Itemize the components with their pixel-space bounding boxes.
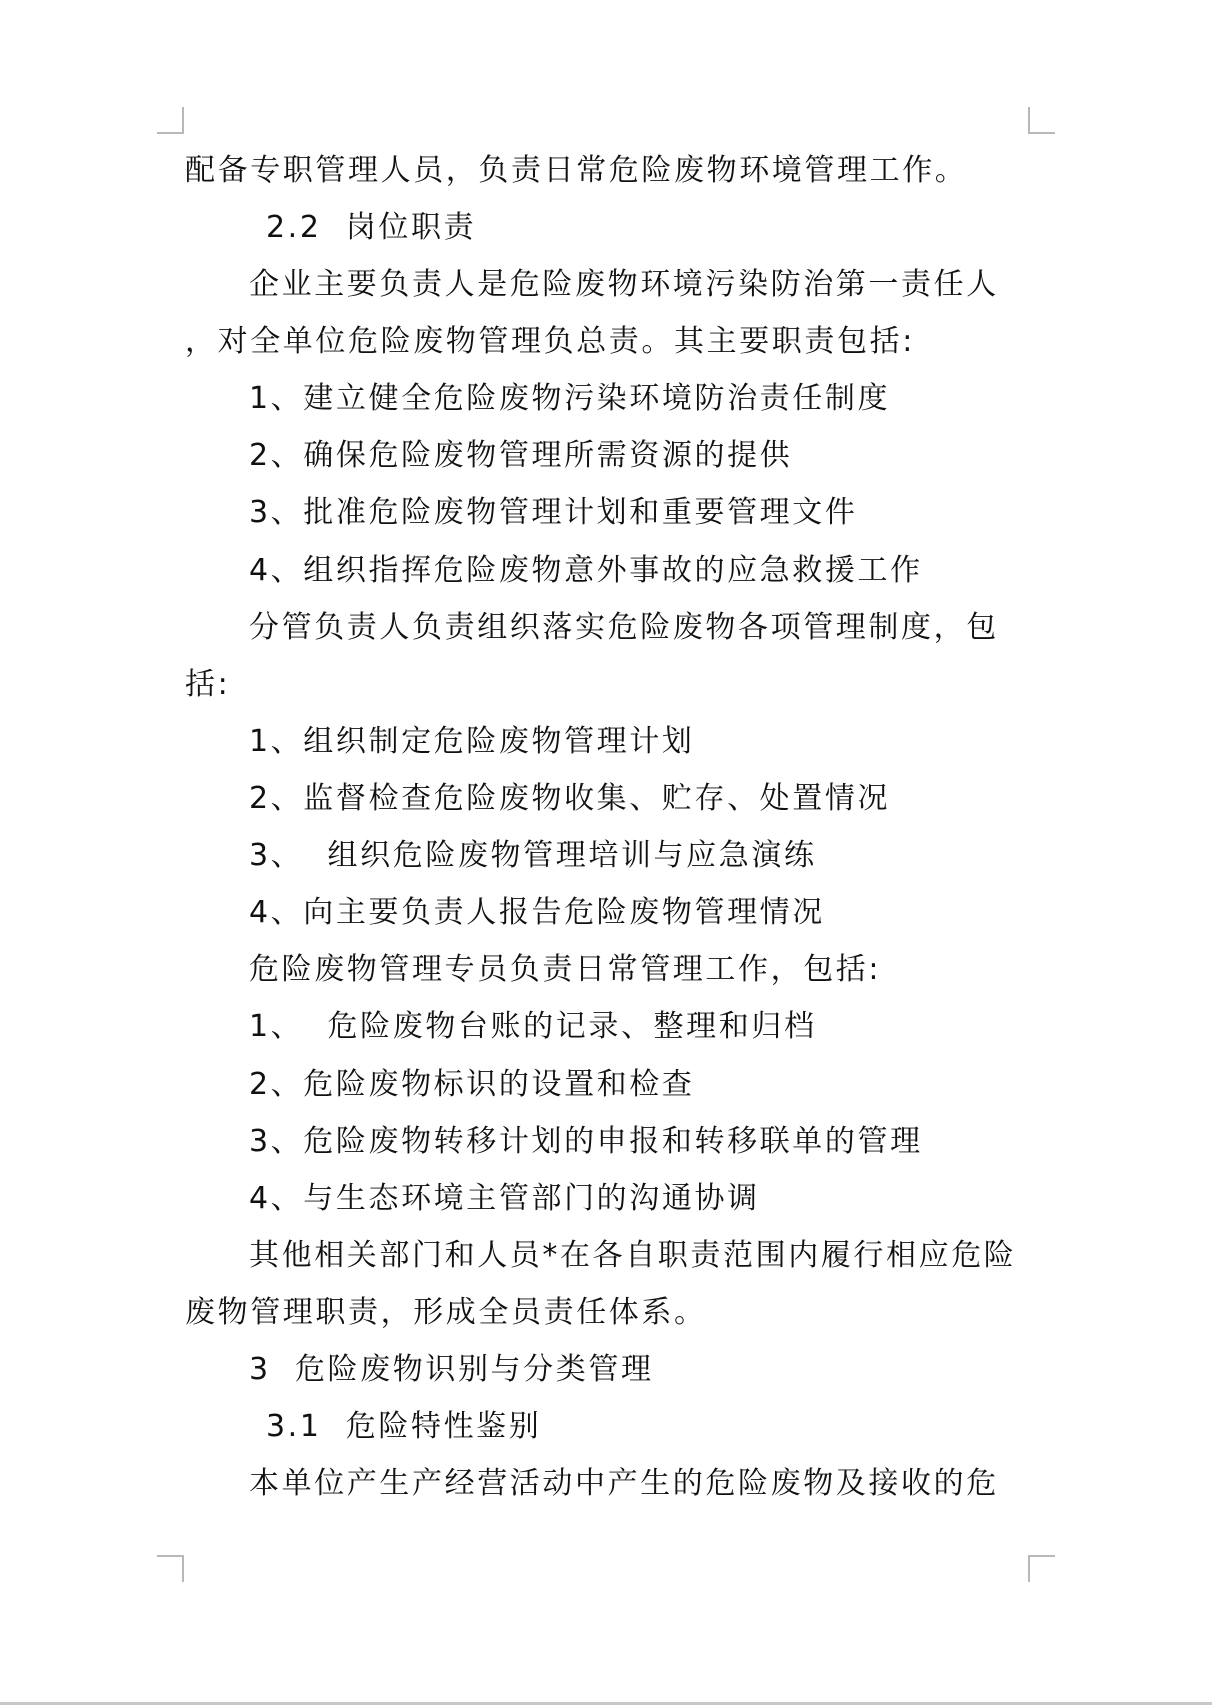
paragraph-line: 本单位产生产经营活动中产生的危险废物及接收的危 (249, 1455, 999, 1512)
margin-corner-top-right (1028, 107, 1055, 134)
list-item: 3、危险废物转移计划的申报和转移联单的管理 (249, 1113, 923, 1170)
paragraph-line: 其他相关部门和人员*在各自职责范围内履行相应危险 (249, 1227, 1016, 1284)
section-heading: 3 危险废物识别与分类管理 (249, 1341, 654, 1398)
subsection-heading: 3.1 危险特性鉴别 (266, 1398, 541, 1455)
text-line: 废物管理职责，形成全员责任体系。 (185, 1284, 707, 1341)
margin-corner-bottom-right (1028, 1555, 1055, 1582)
text-line: 括: (185, 656, 230, 713)
list-item: 2、确保危险废物管理所需资源的提供 (249, 427, 792, 484)
list-item: 1、组织制定危险废物管理计划 (249, 713, 695, 770)
section-heading: 2.2 岗位职责 (266, 199, 476, 256)
list-item: 2、监督检查危险废物收集、贮存、处置情况 (249, 770, 890, 827)
list-item: 1、 危险废物台账的记录、整理和归档 (249, 998, 817, 1055)
document-page: 配备专职管理人员，负责日常危险废物环境管理工作。 2.2 岗位职责 企业主要负责… (0, 0, 1212, 1702)
list-item: 3、 组织危险废物管理培训与应急演练 (249, 827, 817, 884)
text-line: 配备专职管理人员，负责日常危险废物环境管理工作。 (185, 142, 967, 199)
list-item: 3、批准危险废物管理计划和重要管理文件 (249, 484, 858, 541)
list-item: 4、组织指挥危险废物意外事故的应急救援工作 (249, 542, 923, 599)
list-item: 2、危险废物标识的设置和检查 (249, 1056, 695, 1113)
margin-corner-bottom-left (157, 1555, 184, 1582)
paragraph-line: 分管负责人负责组织落实危险废物各项管理制度，包 (249, 599, 999, 656)
list-item: 1、建立健全危险废物污染环境防治责任制度 (249, 370, 890, 427)
list-item: 4、与生态环境主管部门的沟通协调 (249, 1170, 760, 1227)
text-line: ，对全单位危险废物管理负总责。其主要职责包括: (185, 313, 915, 370)
list-item: 4、向主要负责人报告危险废物管理情况 (249, 884, 825, 941)
margin-corner-top-left (157, 107, 184, 134)
paragraph-line: 企业主要负责人是危险废物环境污染防治第一责任人 (249, 256, 999, 313)
paragraph-line: 危险废物管理专员负责日常管理工作，包括: (249, 941, 881, 998)
